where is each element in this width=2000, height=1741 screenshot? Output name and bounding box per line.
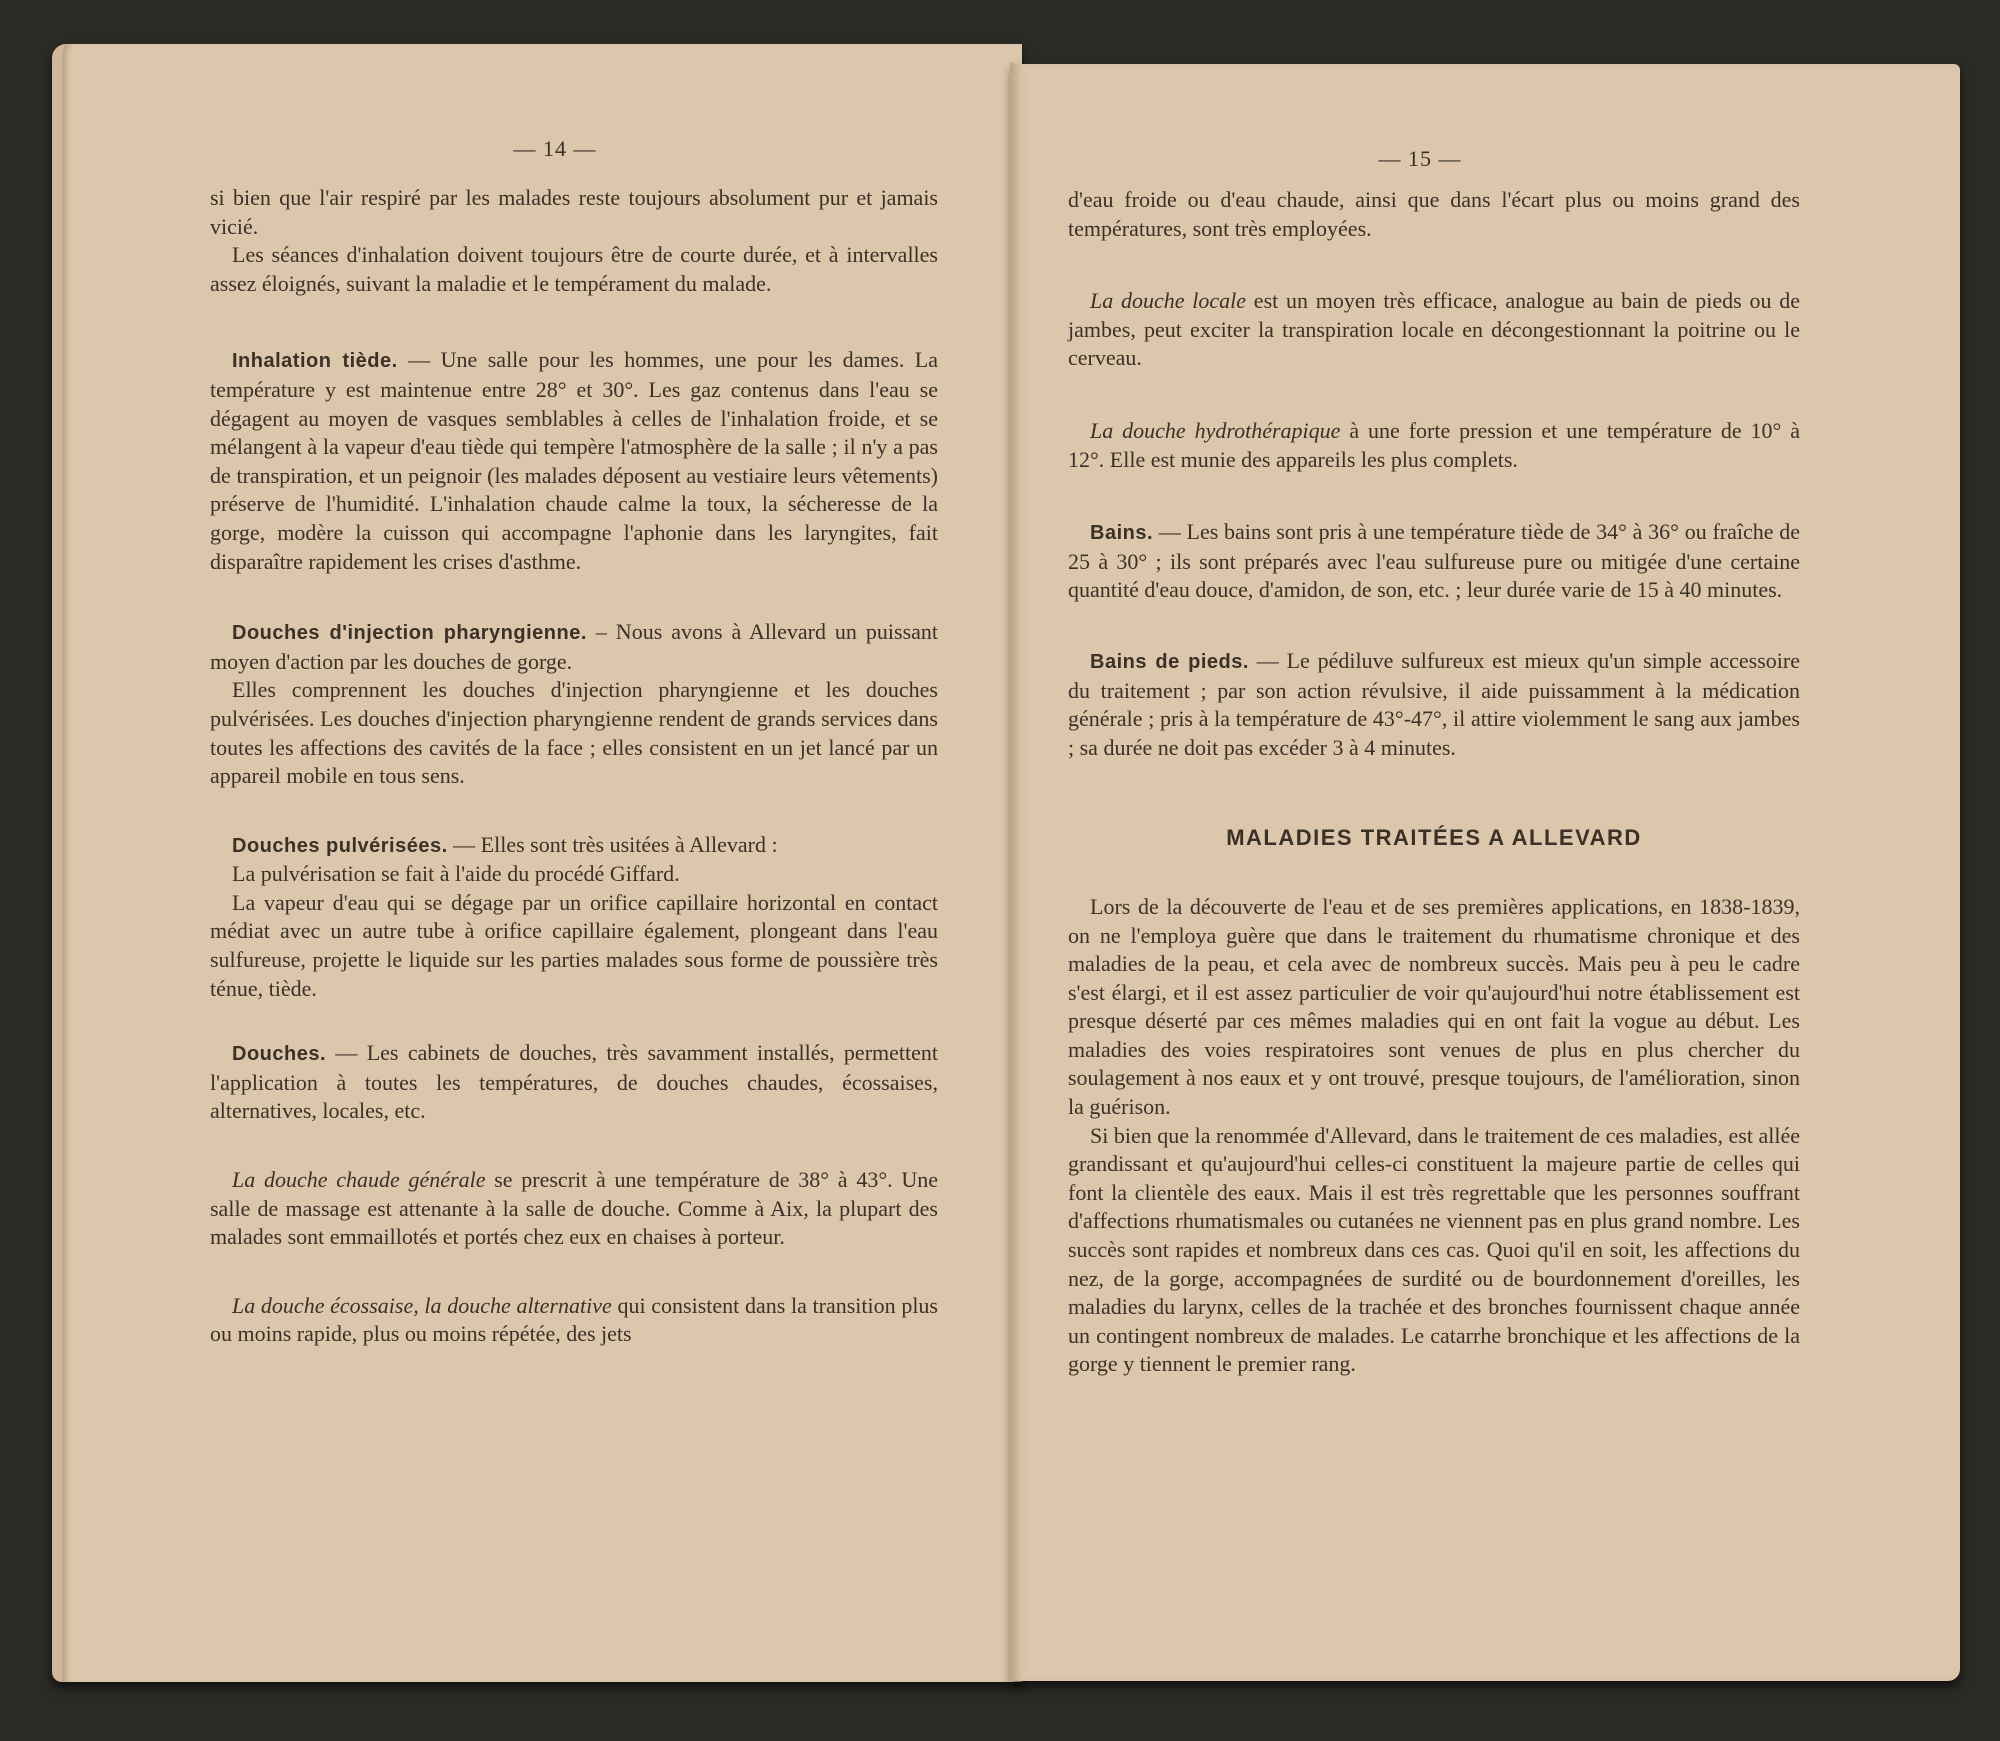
right-page-text: d'eau froide ou d'eau chaude, ainsi que … [1068, 186, 1800, 1379]
paragraph-douches-pulverisees: Douches pulvérisées. — Elles sont très u… [210, 831, 938, 861]
paragraph-douche-hydrotherapique: La douche hydrothérapique à une forte pr… [1068, 417, 1800, 474]
italic-term: La douche hydrothérapique [1090, 418, 1340, 443]
page-number-right: — 15 — [1320, 146, 1520, 172]
paragraph-bains: Bains. — Les bains sont pris à une tempé… [1068, 518, 1800, 605]
section-heading: Douches pulvérisées. [232, 835, 448, 857]
left-page-text: si bien que l'air respiré par les malade… [210, 184, 938, 1349]
paragraph-inhalation-tiede: Inhalation tiède. — Une salle pour les h… [210, 346, 938, 576]
paragraph-douche-locale: La douche locale est un moyen très effic… [1068, 287, 1800, 373]
paragraph: Si bien que la renommée d'Allevard, dans… [1068, 1122, 1800, 1379]
paragraph: Elles comprennent les douches d'injectio… [210, 676, 938, 790]
book-gutter [1010, 62, 1013, 1682]
italic-term: La douche écossaise, la douche alternati… [232, 1293, 612, 1318]
section-heading: Douches d'injection pharyngienne. [232, 622, 587, 644]
paragraph: si bien que l'air respiré par les malade… [210, 184, 938, 241]
paragraph: Les séances d'inhalation doivent toujour… [210, 241, 938, 298]
page-number-left: — 14 — [455, 136, 655, 162]
section-heading: Bains. [1090, 522, 1153, 544]
section-title: MALADIES TRAITÉES A ALLEVARD [1068, 824, 1800, 853]
section-heading: Douches. [232, 1043, 326, 1065]
section-heading: Inhalation tiède. [232, 350, 398, 372]
section-heading: Bains de pieds. [1090, 651, 1249, 673]
paragraph: d'eau froide ou d'eau chaude, ainsi que … [1068, 186, 1800, 243]
italic-term: La douche locale [1090, 288, 1246, 313]
paragraph-douches: Douches. — Les cabinets de douches, très… [210, 1039, 938, 1126]
paragraph: Lors de la découverte de l'eau et de ses… [1068, 893, 1800, 1122]
paragraph-douche-chaude: La douche chaude générale se prescrit à … [210, 1166, 938, 1252]
italic-term: La douche chaude générale [232, 1167, 485, 1192]
paragraph-douche-ecossaise: La douche écossaise, la douche alternati… [210, 1292, 938, 1349]
paragraph: La vapeur d'eau qui se dégage par un ori… [210, 889, 938, 1003]
paragraph-bains-de-pieds: Bains de pieds. — Le pédiluve sulfureux … [1068, 647, 1800, 762]
paragraph-douches-injection: Douches d'injection pharyngienne. – Nous… [210, 618, 938, 676]
paragraph: La pulvérisation se fait à l'aide du pro… [210, 860, 938, 889]
